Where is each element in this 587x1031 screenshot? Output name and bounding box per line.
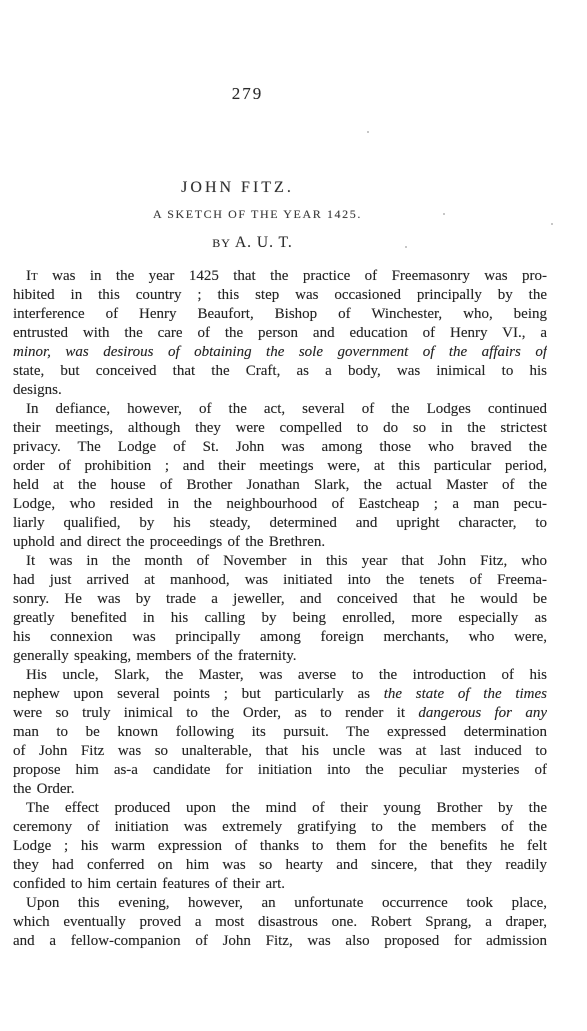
text-segment: which eventually proved a most disastrou… [13, 914, 547, 930]
text-segment: dangerous for any [418, 705, 547, 721]
text-line: were so truly inimical to the Order, as … [13, 704, 547, 723]
text-line: Lodge, who resided in the neighbourhood … [13, 495, 547, 514]
text-segment: His uncle, Slark, the Master, was averse… [26, 667, 547, 683]
text-segment: designs. [13, 382, 62, 398]
text-segment: nephew upon several points ; but particu… [13, 686, 384, 702]
text-line: his connexion was principally among fore… [13, 628, 547, 647]
text-segment: Upon this evening, however, an unfortuna… [26, 895, 547, 911]
text-segment: Lodge ; his warm expression of thanks to… [13, 838, 547, 854]
text-line: had just arrived at manhood, was initiat… [13, 571, 547, 590]
scan-speck [367, 131, 369, 133]
text-segment: Lodge, who resided in the neighbourhood … [13, 496, 547, 512]
text-segment: the Order. [13, 781, 74, 797]
text-line: Upon this evening, however, an unfortuna… [13, 894, 547, 913]
text-segment: they had conferred on him was so hearty … [13, 857, 547, 873]
text-line: propose him as-a candidate for initiatio… [13, 761, 547, 780]
text-line: designs. [13, 381, 547, 400]
text-segment: his connexion was principally among fore… [13, 629, 547, 645]
article-subtitle: A SKETCH OF THE YEAR 1425. [0, 207, 551, 222]
text-line: minor, was desirous of obtaining the sol… [13, 343, 547, 362]
paragraph-2: In defiance, however, of the act, severa… [13, 400, 547, 552]
scan-speck [443, 213, 445, 215]
page-number: 279 [0, 84, 541, 104]
article-byline: BY A. U. T. [0, 234, 546, 252]
text-segment: greatly benefited in his calling by bein… [13, 610, 547, 626]
text-line: man to be known following its pursuit. T… [13, 723, 547, 742]
text-line: the Order. [13, 780, 547, 799]
text-line: generally speaking, members of the frate… [13, 647, 547, 666]
text-segment: had just arrived at manhood, was initiat… [13, 572, 547, 588]
text-segment: and a fellow-companion of John Fitz, was… [13, 933, 547, 949]
text-segment: The effect produced upon the mind of the… [26, 800, 547, 816]
byline-name: A. U. T. [235, 234, 293, 251]
text-line: entrusted with the care of the person an… [13, 324, 547, 343]
text-segment: hibited in this country ; this step was … [13, 287, 547, 303]
text-line: which eventually proved a most disastrou… [13, 913, 547, 932]
text-segment: liarly qualified, by his steady, determi… [13, 515, 547, 531]
text-line: uphold and direct the proceedings of the… [13, 533, 547, 552]
text-line: held at the house of Brother Jonathan Sl… [13, 476, 547, 495]
scan-speck [405, 246, 407, 248]
text-segment: sonry. He was by trade a jeweller, and c… [13, 591, 547, 607]
text-line: sonry. He was by trade a jeweller, and c… [13, 590, 547, 609]
text-segment: generally speaking, members of the frate… [13, 648, 297, 664]
text-segment: ceremony of initiation was extremely gra… [13, 819, 547, 835]
text-segment: of John Fitz was so unalterable, that hi… [13, 743, 547, 759]
byline-prefix: BY [212, 236, 231, 250]
text-segment: minor, was desirous of obtaining the sol… [13, 344, 547, 360]
text-segment: the state of the times [384, 686, 547, 702]
body-text: It was in the year 1425 that the practic… [13, 267, 547, 951]
text-segment: were so truly inimical to the Order, as … [13, 705, 418, 721]
text-line: ceremony of initiation was extremely gra… [13, 818, 547, 837]
text-segment: entrusted with the care of the person an… [13, 325, 547, 341]
text-line: The effect produced upon the mind of the… [13, 799, 547, 818]
text-line: It was in the month of November in this … [13, 552, 547, 571]
text-segment: their meetings, although they were compe… [13, 420, 547, 436]
text-line: greatly benefited in his calling by bein… [13, 609, 547, 628]
text-segment: uphold and direct the proceedings of the… [13, 534, 325, 550]
scan-speck [551, 223, 553, 225]
text-line: liarly qualified, by his steady, determi… [13, 514, 547, 533]
text-line: In defiance, however, of the act, severa… [13, 400, 547, 419]
text-line: nephew upon several points ; but particu… [13, 685, 547, 704]
text-segment: It was in the month of November in this … [26, 553, 547, 569]
paragraph-3: It was in the month of November in this … [13, 552, 547, 666]
text-segment: order of prohibition ; and their meeting… [13, 458, 547, 474]
text-segment: held at the house of Brother Jonathan Sl… [13, 477, 547, 493]
paragraph-1: It was in the year 1425 that the practic… [13, 267, 547, 400]
text-segment: state, but conceived that the Craft, as … [13, 363, 547, 379]
text-segment: man to be known following its pursuit. T… [13, 724, 547, 740]
text-line: they had conferred on him was so hearty … [13, 856, 547, 875]
paragraph-4: His uncle, Slark, the Master, was averse… [13, 666, 547, 799]
text-line: It was in the year 1425 that the practic… [13, 267, 547, 286]
text-line: interference of Henry Beaufort, Bishop o… [13, 305, 547, 324]
text-segment: propose him as-a candidate for initiatio… [13, 762, 547, 778]
text-line: Lodge ; his warm expression of thanks to… [13, 837, 547, 856]
text-line: and a fellow-companion of John Fitz, was… [13, 932, 547, 951]
text-line: of John Fitz was so unalterable, that hi… [13, 742, 547, 761]
text-segment: It [26, 268, 38, 284]
text-line: hibited in this country ; this step was … [13, 286, 547, 305]
paragraph-6: Upon this evening, however, an unfortuna… [13, 894, 547, 951]
article-title: JOHN FITZ. [0, 179, 531, 197]
text-segment: interference of Henry Beaufort, Bishop o… [13, 306, 547, 322]
text-line: privacy. The Lodge of St. John was among… [13, 438, 547, 457]
text-segment: privacy. The Lodge of St. John was among… [13, 439, 547, 455]
text-segment: In defiance, however, of the act, severa… [26, 401, 547, 417]
text-segment: confided to him certain features of thei… [13, 876, 285, 892]
text-line: state, but conceived that the Craft, as … [13, 362, 547, 381]
text-segment: was in the year 1425 that the practice o… [38, 268, 547, 284]
text-line: confided to him certain features of thei… [13, 875, 547, 894]
text-line: His uncle, Slark, the Master, was averse… [13, 666, 547, 685]
paragraph-5: The effect produced upon the mind of the… [13, 799, 547, 894]
text-line: their meetings, although they were compe… [13, 419, 547, 438]
text-line: order of prohibition ; and their meeting… [13, 457, 547, 476]
